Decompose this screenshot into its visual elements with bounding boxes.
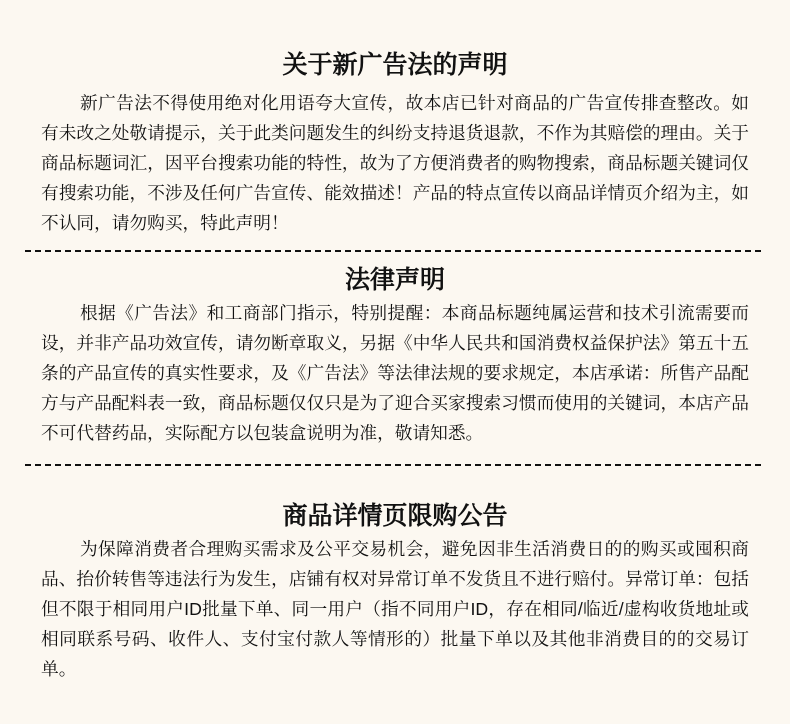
section-purchase-limit-notice: 商品详情页限购公告 为保障消费者合理购买需求及公平交易机会，避免因非生活消费日的… [0, 501, 790, 684]
dashed-divider-1 [25, 250, 763, 252]
ad-law-statement-body: 新广告法不得使用绝对化用语夸大宣传，故本店已针对商品的广告宣传排查整改。如有未改… [41, 88, 749, 238]
legal-statement-body: 根据《广告法》和工商部门指示，特别提醒：本商品标题纯属运营和技术引流需要而设，并… [41, 298, 749, 448]
store-notice-page: 关于新广告法的声明 新广告法不得使用绝对化用语夸大宣传，故本店已针对商品的广告宣… [0, 0, 790, 724]
dashed-divider-2 [25, 464, 763, 466]
section-legal-statement: 法律声明 根据《广告法》和工商部门指示，特别提醒：本商品标题纯属运营和技术引流需… [0, 265, 790, 448]
purchase-limit-notice-title: 商品详情页限购公告 [0, 501, 790, 531]
legal-statement-title: 法律声明 [0, 265, 790, 295]
purchase-limit-notice-body: 为保障消费者合理购买需求及公平交易机会，避免因非生活消费日的的购买或囤积商品、抬… [41, 534, 749, 684]
ad-law-statement-title: 关于新广告法的声明 [0, 50, 790, 80]
section-ad-law-statement: 关于新广告法的声明 新广告法不得使用绝对化用语夸大宣传，故本店已针对商品的广告宣… [0, 50, 790, 238]
